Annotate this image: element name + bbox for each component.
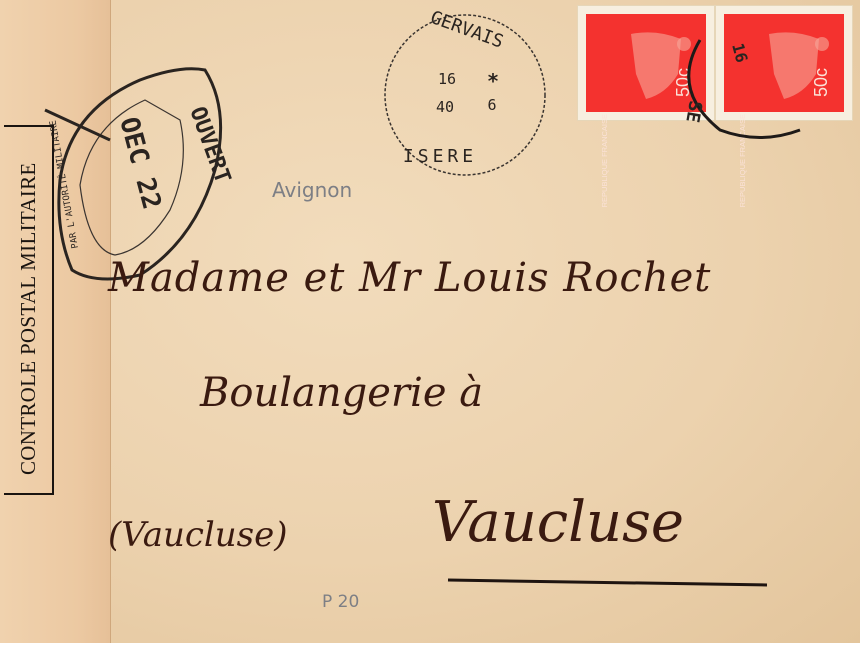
- envelope: CONTROLE POSTAL MILITAIRE OUVERT OEC 22 …: [0, 0, 860, 643]
- address-underline: [0, 0, 865, 650]
